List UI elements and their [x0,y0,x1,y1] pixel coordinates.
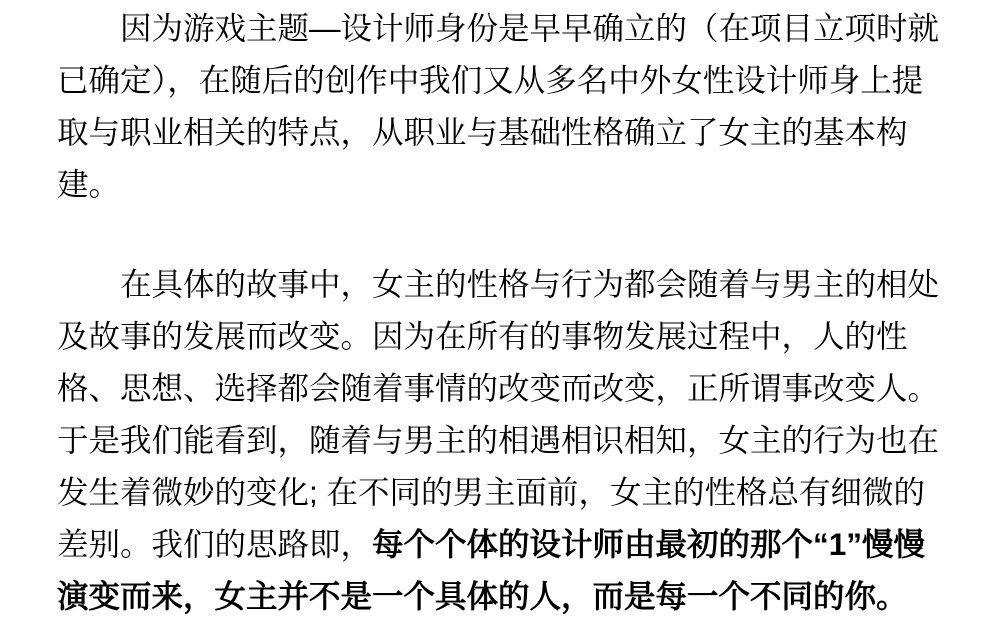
paragraph-2: 在具体的故事中，女主的性格与行为都会随着与男主的相处及故事的发展而改变。因为在所… [57,258,943,621]
document-page: 因为游戏主题—设计师身份是早早确立的（在项目立项时就已确定），在随后的创作中我们… [0,0,999,621]
paragraph-1: 因为游戏主题—设计师身份是早早确立的（在项目立项时就已确定），在随后的创作中我们… [57,2,943,210]
paragraph-2-regular-text: 在具体的故事中，女主的性格与行为都会随着与男主的相处及故事的发展而改变。因为在所… [57,266,939,562]
